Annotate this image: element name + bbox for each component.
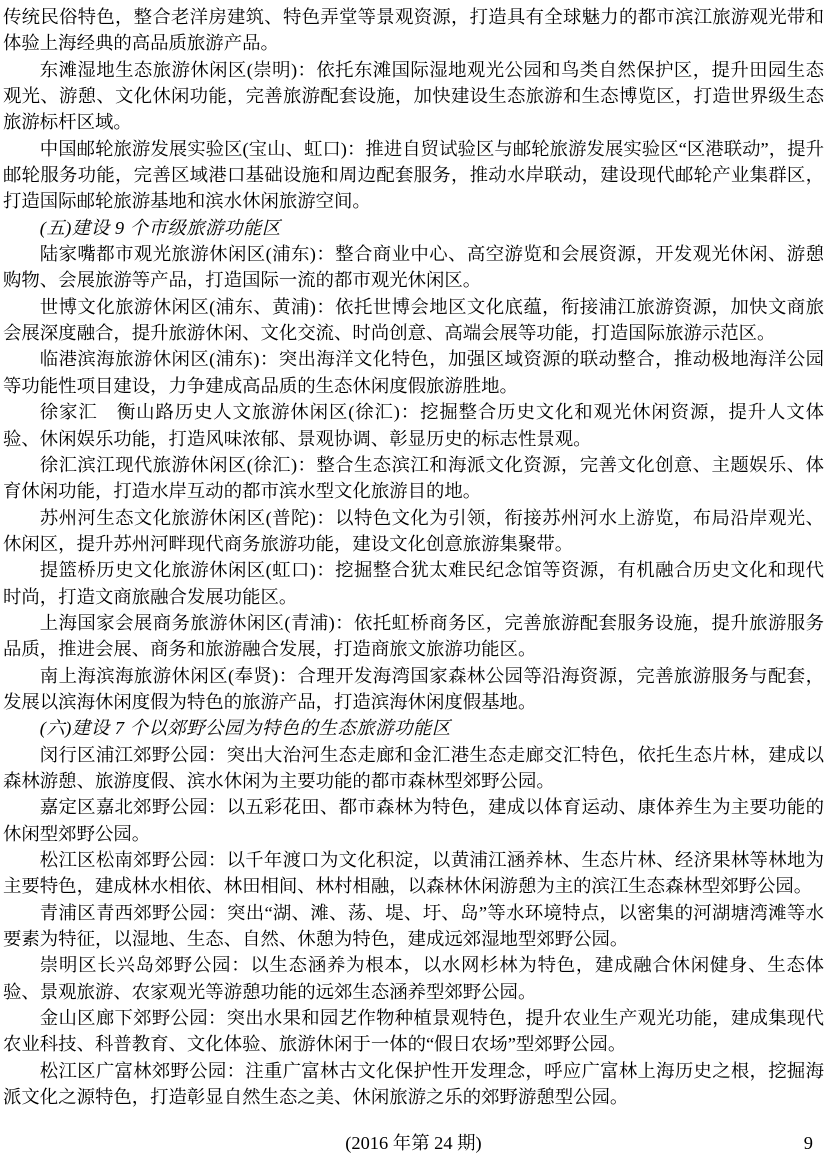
page-number: 9 [804, 1130, 813, 1156]
body-paragraph: 陆家嘴都市观光旅游休闲区(浦东)：整合商业中心、高空游览和会展资源，开发观光休闲… [3, 241, 824, 294]
document-page: 传统民俗特色，整合老洋房建筑、特色弄堂等景观资源，打造具有全球魅力的都市滨江旅游… [0, 0, 827, 1170]
body-paragraph: 东滩湿地生态旅游休闲区(崇明)：依托东滩国际湿地观光公园和鸟类自然保护区，提升田… [3, 57, 824, 136]
issue-label: (2016 年第 24 期) [0, 1130, 827, 1156]
section-heading: (五)建设 9 个市级旅游功能区 [3, 215, 824, 241]
body-paragraph: 嘉定区嘉北郊野公园：以五彩花田、都市森林为特色，建成以体育运动、康体养生为主要功… [3, 794, 824, 847]
body-paragraph: 金山区廊下郊野公园：突出水果和园艺作物种植景观特色，提升农业生产观光功能，建成集… [3, 1005, 824, 1058]
body-paragraph: 徐汇滨江现代旅游休闲区(徐汇)：整合生态滨江和海派文化资源，完善文化创意、主题娱… [3, 452, 824, 505]
body-paragraph: 中国邮轮旅游发展实验区(宝山、虹口)：推进自贸试验区与邮轮旅游发展实验区“区港联… [3, 136, 824, 215]
page-footer: (2016 年第 24 期) 9 [0, 1130, 827, 1158]
body-paragraph: 松江区广富林郊野公园：注重广富林古文化保护性开发理念，呼应广富林上海历史之根，挖… [3, 1058, 824, 1111]
body-paragraph: 南上海滨海旅游休闲区(奉贤)：合理开发海湾国家森林公园等沿海资源，完善旅游服务与… [3, 663, 824, 716]
body-paragraph: 松江区松南郊野公园：以千年渡口为文化积淀，以黄浦江涵养林、生态片林、经济果林等林… [3, 847, 824, 900]
document-body: 传统民俗特色，整合老洋房建筑、特色弄堂等景观资源，打造具有全球魅力的都市滨江旅游… [3, 4, 824, 1110]
body-paragraph: 提篮桥历史文化旅游休闲区(虹口)：挖掘整合犹太难民纪念馆等资源，有机融合历史文化… [3, 557, 824, 610]
body-paragraph: 临港滨海旅游休闲区(浦东)：突出海洋文化特色，加强区域资源的联动整合，推动极地海… [3, 346, 824, 399]
body-paragraph: 世博文化旅游休闲区(浦东、黄浦)：依托世博会地区文化底蕴，衔接浦江旅游资源，加快… [3, 294, 824, 347]
body-paragraph: 传统民俗特色，整合老洋房建筑、特色弄堂等景观资源，打造具有全球魅力的都市滨江旅游… [3, 4, 824, 57]
body-paragraph: 苏州河生态文化旅游休闲区(普陀)：以特色文化为引领，衔接苏州河水上游览，布局沿岸… [3, 505, 824, 558]
body-paragraph: 徐家汇 衡山路历史人文旅游休闲区(徐汇)：挖掘整合历史文化和观光休闲资源，提升人… [3, 399, 824, 452]
section-heading: (六)建设 7 个以郊野公园为特色的生态旅游功能区 [3, 715, 824, 741]
body-paragraph: 崇明区长兴岛郊野公园：以生态涵养为根本，以水网杉林为特色，建成融合休闲健身、生态… [3, 952, 824, 1005]
body-paragraph: 上海国家会展商务旅游休闲区(青浦)：依托虹桥商务区，完善旅游配套服务设施，提升旅… [3, 610, 824, 663]
body-paragraph: 闵行区浦江郊野公园：突出大治河生态走廊和金汇港生态走廊交汇特色，依托生态片林，建… [3, 742, 824, 795]
body-paragraph: 青浦区青西郊野公园：突出“湖、滩、荡、堤、圩、岛”等水环境特点，以密集的河湖塘湾… [3, 900, 824, 953]
